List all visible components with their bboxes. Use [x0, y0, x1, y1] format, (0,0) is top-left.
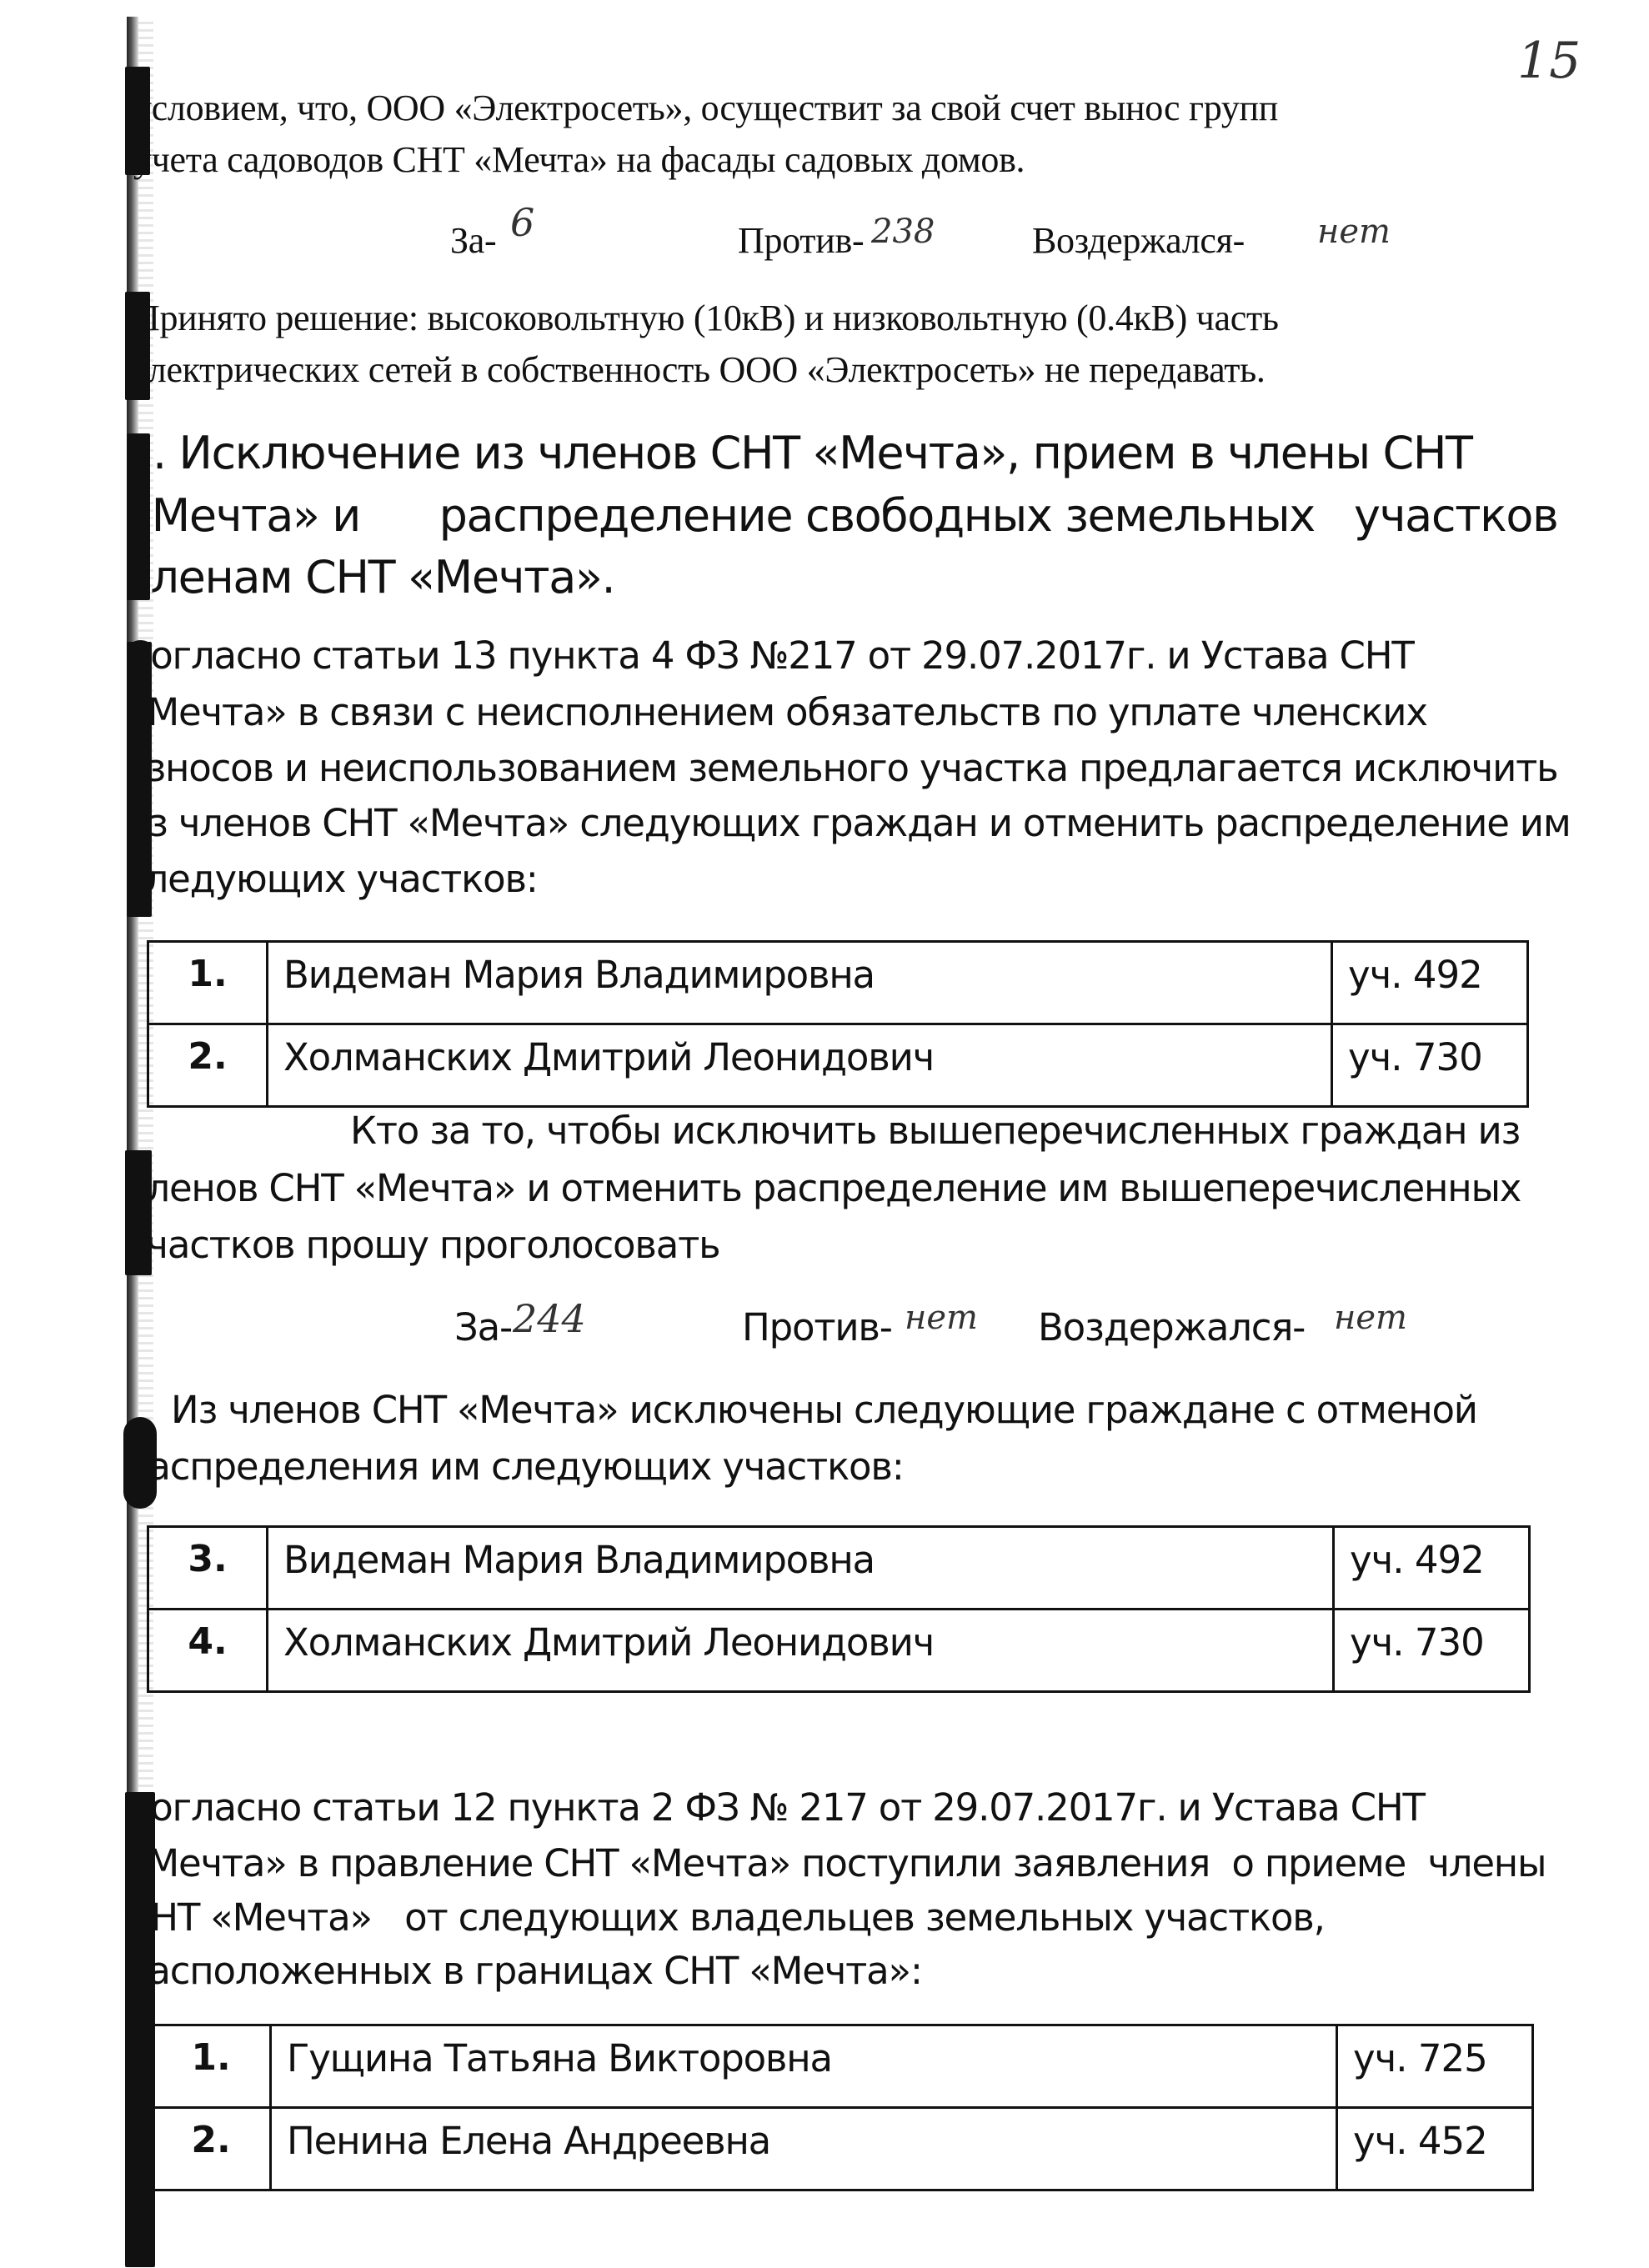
plot-number: уч. 452: [1337, 2108, 1533, 2190]
table-row: 1. Гущина Татьяна Викторовна уч. 725: [152, 2025, 1533, 2108]
plot-number: уч. 492: [1334, 1527, 1530, 1610]
member-name: Видеман Мария Владимировна: [268, 1527, 1334, 1610]
vote-against-label: Против-: [738, 219, 864, 262]
vote-against-label: Против-: [742, 1305, 892, 1349]
row-number: 1.: [152, 2025, 271, 2108]
applicant-name: Пенина Елена Андреевна: [271, 2108, 1337, 2190]
vote-abstain-value: нет: [1317, 213, 1391, 251]
plot-number: уч. 725: [1337, 2025, 1533, 2108]
member-name: Холманских Дмитрий Леонидович: [268, 1024, 1332, 1107]
exclusion-para-line: следующих участков:: [125, 857, 538, 901]
section-number: 5.: [125, 427, 166, 479]
admission-applicants-table: 1. Гущина Татьяна Викторовна уч. 725 2. …: [150, 2024, 1534, 2191]
excluded-para-line: распределения им следующих участков:: [125, 1444, 904, 1489]
exclusion-proposal-table: 1. Видеман Мария Владимировна уч. 492 2.…: [147, 940, 1529, 1108]
member-name: Видеман Мария Владимировна: [268, 942, 1332, 1024]
row-number: 2.: [152, 2108, 271, 2190]
decision-line: Принято решение: высоковольтную (10кВ) и…: [133, 297, 1279, 339]
vote-for-value: 6: [510, 200, 534, 245]
vote-abstain-value: нет: [1334, 1299, 1407, 1337]
applicant-name: Гущина Татьяна Викторовна: [271, 2025, 1337, 2108]
exclusion-para-line: Согласно статьи 13 пункта 4 ФЗ №217 от 2…: [125, 633, 1414, 678]
admission-para-line: расположенных в границах СНТ «Мечта»:: [125, 1949, 922, 1993]
intro-line: учета садоводов СНТ «Мечта» на фасады са…: [133, 138, 1025, 181]
table-row: 3. Видеман Мария Владимировна уч. 492: [148, 1527, 1530, 1610]
admission-para-line: «Мечта» в правление СНТ «Мечта» поступил…: [125, 1841, 1546, 1885]
exclusion-para-line: взносов и неиспользованием земельного уч…: [125, 746, 1557, 790]
plot-number: уч. 730: [1334, 1610, 1530, 1692]
plot-number: уч. 492: [1332, 942, 1528, 1024]
admission-para-line: Согласно статьи 12 пункта 2 ФЗ № 217 от …: [125, 1785, 1425, 1830]
row-number: 1.: [148, 942, 268, 1024]
row-number: 3.: [148, 1527, 268, 1610]
exclusion-para-line: из членов СНТ «Мечта» следующих граждан …: [125, 801, 1571, 845]
decision-line: электрических сетей в собственность ООО …: [133, 348, 1266, 391]
section-heading-text: Исключение из членов СНТ «Мечта», прием …: [179, 427, 1472, 479]
excluded-members-table: 3. Видеман Мария Владимировна уч. 492 4.…: [147, 1525, 1531, 1693]
vote-for-value: 244: [513, 1296, 586, 1341]
vote-question-line: участков прошу проголосовать: [125, 1223, 719, 1267]
vote-abstain-label: Воздержался-: [1032, 219, 1245, 262]
section-heading-line: 5. Исключение из членов СНТ «Мечта», при…: [125, 427, 1472, 479]
member-name: Холманских Дмитрий Леонидович: [268, 1610, 1334, 1692]
excluded-para-line: Из членов СНТ «Мечта» исключены следующи…: [171, 1388, 1477, 1432]
section-heading-line: «Мечта» и распределение свободных земель…: [125, 489, 1557, 542]
page-number: 15: [1517, 32, 1581, 90]
table-row: 4. Холманских Дмитрий Леонидович уч. 730: [148, 1610, 1530, 1692]
table-row: 2. Пенина Елена Андреевна уч. 452: [152, 2108, 1533, 2190]
vote-question-line: членов СНТ «Мечта» и отменить распределе…: [125, 1166, 1521, 1210]
vote-for-label: За-: [450, 219, 496, 262]
vote-against-value: 238: [871, 213, 935, 251]
table-row: 2. Холманских Дмитрий Леонидович уч. 730: [148, 1024, 1528, 1107]
section-heading-line: членам СНТ «Мечта».: [125, 551, 614, 603]
row-number: 4.: [148, 1610, 268, 1692]
plot-number: уч. 730: [1332, 1024, 1528, 1107]
vote-question-line: Кто за то, чтобы исключить вышеперечисле…: [350, 1109, 1520, 1153]
exclusion-para-line: «Мечта» в связи с неисполнением обязател…: [125, 690, 1427, 734]
vote-against-value: нет: [905, 1299, 978, 1337]
admission-para-line: СНТ «Мечта» от следующих владельцев земе…: [125, 1895, 1325, 1940]
intro-line: условием, что, ООО «Электросеть», осущес…: [133, 87, 1278, 129]
row-number: 2.: [148, 1024, 268, 1107]
vote-for-label: За-: [454, 1305, 512, 1349]
vote-abstain-label: Воздержался-: [1038, 1305, 1305, 1349]
table-row: 1. Видеман Мария Владимировна уч. 492: [148, 942, 1528, 1024]
